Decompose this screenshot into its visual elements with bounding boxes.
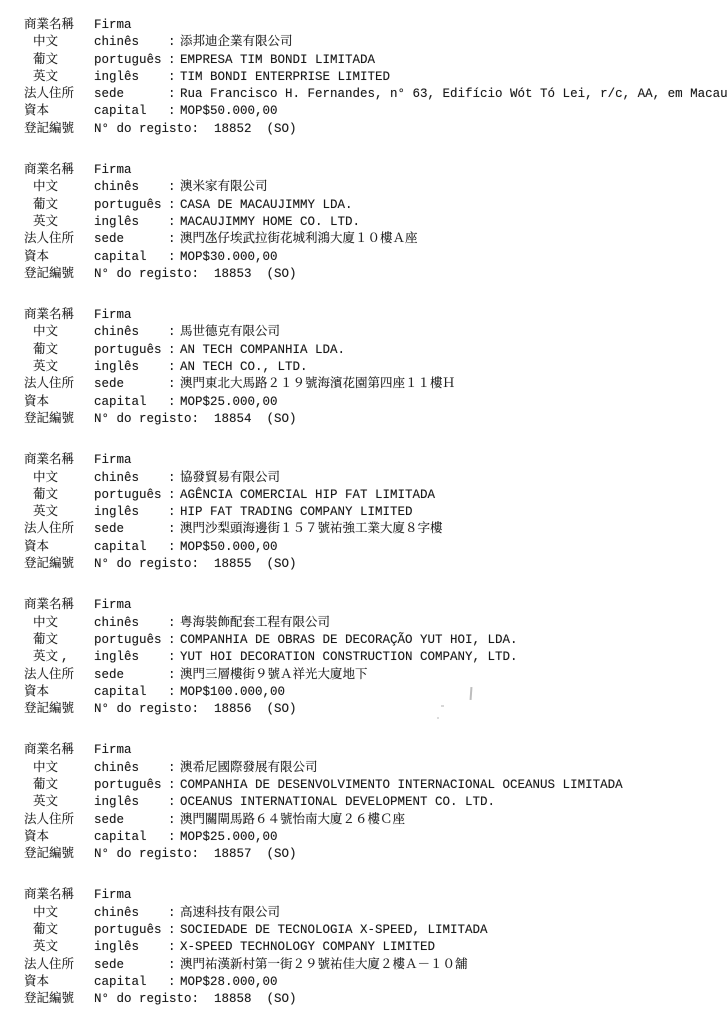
colon: : (168, 504, 180, 521)
colon: : (168, 760, 180, 777)
registry-label-zh: 登記編號 (24, 701, 94, 718)
capital-row: 資本 capital : MOP$28.000,00 (24, 974, 717, 991)
company-record: 商業名稱 Firma 中文 chinês : 馬世德克有限公司 葡文 portu… (24, 307, 717, 428)
portuguese-name-value: CASA DE MACAUJIMMY LDA. (180, 197, 353, 214)
registration-number: 18858 (214, 991, 252, 1008)
chinese-name-value: 高速科技有限公司 (180, 905, 280, 922)
colon: : (168, 359, 180, 376)
chinese-name-row: 中文 chinês : 協發貿易有限公司 (24, 470, 717, 487)
chinese-label-pt: chinês (94, 760, 168, 777)
portuguese-name-row: 葡文 português : SOCIEDADE DE TECNOLOGIA X… (24, 922, 717, 939)
company-record: 商業名稱 Firma 中文 chinês : 高速科技有限公司 葡文 portu… (24, 887, 717, 1008)
registry-label-zh: 登記編號 (24, 121, 94, 138)
address-row: 法人住所 sede : 澳門東北大馬路２１９號海濱花園第四座１１樓Ｈ (24, 376, 717, 393)
capital-label-pt: capital (94, 103, 168, 120)
address-label-zh: 法人住所 (24, 812, 94, 829)
firm-label-zh: 商業名稱 (24, 307, 94, 324)
chinese-label-zh: 中文 (24, 179, 94, 196)
capital-label-zh: 資本 (24, 103, 94, 120)
address-value: 澳門祐漢新村第一街２９號祐佳大廈２樓Ａ－１０舖 (180, 957, 468, 974)
registry-row: 登記編號 N° do registo: 18853 (SO) (24, 266, 717, 283)
registry-row: 登記編號 N° do registo: 18856 (SO) (24, 701, 717, 718)
english-name-row: 英文 inglês : HIP FAT TRADING COMPANY LIMI… (24, 504, 717, 521)
capital-label-pt: capital (94, 249, 168, 266)
chinese-name-value: 澳米家有限公司 (180, 179, 268, 196)
english-name-row: 英文 inglês : OCEANUS INTERNATIONAL DEVELO… (24, 794, 717, 811)
scan-artifact (441, 705, 444, 707)
firm-label-zh: 商業名稱 (24, 162, 94, 179)
english-label-zh: 英文 (24, 69, 94, 86)
colon: : (168, 649, 180, 666)
colon: : (168, 974, 180, 991)
capital-value: MOP$50.000,00 (180, 539, 278, 556)
chinese-label-zh: 中文 (24, 615, 94, 632)
firm-label-pt: Firma (94, 887, 168, 904)
chinese-name-value: 馬世德克有限公司 (180, 324, 280, 341)
address-row: 法人住所 sede : 澳門關閘馬路６４號怡南大廈２６樓Ｃ座 (24, 812, 717, 829)
capital-label-pt: capital (94, 394, 168, 411)
chinese-label-zh: 中文 (24, 905, 94, 922)
colon: : (168, 376, 180, 393)
firm-label-pt: Firma (94, 742, 168, 759)
registration-class: (SO) (267, 121, 297, 138)
portuguese-name-row: 葡文 português : COMPANHIA DE OBRAS DE DEC… (24, 632, 717, 649)
english-label-pt: inglês (94, 69, 168, 86)
colon: : (168, 197, 180, 214)
company-record: 商業名稱 Firma 中文 chinês : 澳希尼國際發展有限公司 葡文 po… (24, 742, 717, 863)
portuguese-label-pt: português (94, 487, 168, 504)
portuguese-label-zh: 葡文 (24, 342, 94, 359)
colon: : (168, 324, 180, 341)
registry-label-pt: N° do registo: (94, 701, 199, 718)
registry-label-zh: 登記編號 (24, 411, 94, 428)
chinese-label-pt: chinês (94, 324, 168, 341)
registration-number: 18853 (214, 266, 252, 283)
chinese-label-pt: chinês (94, 470, 168, 487)
address-label-pt: sede (94, 376, 168, 393)
registration-class: (SO) (267, 556, 297, 573)
english-name-row: 英文 inglês : TIM BONDI ENTERPRISE LIMITED (24, 69, 717, 86)
portuguese-label-pt: português (94, 922, 168, 939)
address-row: 法人住所 sede : 澳門三層樓街９號Ａ祥光大廈地下 (24, 667, 717, 684)
colon: : (168, 470, 180, 487)
colon: : (168, 684, 180, 701)
firm-row: 商業名稱 Firma (24, 452, 717, 469)
colon: : (168, 615, 180, 632)
colon: : (168, 34, 180, 51)
firm-label-zh: 商業名稱 (24, 887, 94, 904)
company-record: 商業名稱 Firma 中文 chinês : 澳米家有限公司 葡文 portug… (24, 162, 717, 283)
chinese-label-pt: chinês (94, 34, 168, 51)
chinese-name-row: 中文 chinês : 馬世德克有限公司 (24, 324, 717, 341)
chinese-name-row: 中文 chinês : 粤海裝飾配套工程有限公司 (24, 615, 717, 632)
capital-value: MOP$50.000,00 (180, 103, 278, 120)
colon: : (168, 521, 180, 538)
colon: : (168, 487, 180, 504)
capital-row: 資本 capital : MOP$100.000,00 (24, 684, 717, 701)
english-name-row: 英文, inglês : YUT HOI DECORATION CONSTRUC… (24, 649, 717, 666)
registry-page: 商業名稱 Firma 中文 chinês : 添邦迪企業有限公司 葡文 port… (0, 0, 727, 1024)
colon: : (168, 777, 180, 794)
address-label-zh: 法人住所 (24, 667, 94, 684)
portuguese-label-pt: português (94, 777, 168, 794)
firm-label-pt: Firma (94, 597, 168, 614)
colon: : (168, 69, 180, 86)
colon: : (168, 231, 180, 248)
address-label-zh: 法人住所 (24, 86, 94, 103)
capital-row: 資本 capital : MOP$25.000,00 (24, 394, 717, 411)
capital-label-pt: capital (94, 974, 168, 991)
english-label-pt: inglês (94, 794, 168, 811)
address-row: 法人住所 sede : 澳門氹仔埃武拉街花城利鴻大廈１０樓Ａ座 (24, 231, 717, 248)
english-name-row: 英文 inglês : MACAUJIMMY HOME CO. LTD. (24, 214, 717, 231)
address-label-pt: sede (94, 86, 168, 103)
address-label-pt: sede (94, 812, 168, 829)
capital-row: 資本 capital : MOP$30.000,00 (24, 249, 717, 266)
registry-label-pt: N° do registo: (94, 846, 199, 863)
address-value: 澳門東北大馬路２１９號海濱花園第四座１１樓Ｈ (180, 376, 455, 393)
english-label-zh: 英文 (24, 939, 94, 956)
capital-value: MOP$25.000,00 (180, 394, 278, 411)
address-label-pt: sede (94, 667, 168, 684)
registry-label-pt: N° do registo: (94, 411, 199, 428)
address-label-zh: 法人住所 (24, 521, 94, 538)
address-label-zh: 法人住所 (24, 231, 94, 248)
firm-row: 商業名稱 Firma (24, 597, 717, 614)
colon: : (168, 632, 180, 649)
english-name-value: HIP FAT TRADING COMPANY LIMITED (180, 504, 413, 521)
scan-artifact (437, 717, 439, 719)
chinese-name-value: 協發貿易有限公司 (180, 470, 280, 487)
registration-class: (SO) (267, 991, 297, 1008)
registration-number: 18854 (214, 411, 252, 428)
chinese-name-row: 中文 chinês : 添邦迪企業有限公司 (24, 34, 717, 51)
chinese-name-value: 澳希尼國際發展有限公司 (180, 760, 318, 777)
colon: : (168, 812, 180, 829)
chinese-label-zh: 中文 (24, 34, 94, 51)
english-label-zh: 英文 (24, 504, 94, 521)
firm-label-pt: Firma (94, 17, 168, 34)
address-label-pt: sede (94, 231, 168, 248)
colon: : (168, 52, 180, 69)
address-value: Rua Francisco H. Fernandes, n° 63, Edifí… (180, 86, 727, 103)
capital-label-zh: 資本 (24, 829, 94, 846)
firm-row: 商業名稱 Firma (24, 162, 717, 179)
firm-label-pt: Firma (94, 452, 168, 469)
capital-value: MOP$100.000,00 (180, 684, 285, 701)
registry-label-zh: 登記編號 (24, 846, 94, 863)
registry-row: 登記編號 N° do registo: 18858 (SO) (24, 991, 717, 1008)
english-name-value: MACAUJIMMY HOME CO. LTD. (180, 214, 360, 231)
chinese-name-value: 添邦迪企業有限公司 (180, 34, 293, 51)
registry-label-zh: 登記編號 (24, 991, 94, 1008)
registration-number: 18856 (214, 701, 252, 718)
chinese-label-zh: 中文 (24, 470, 94, 487)
colon: : (168, 905, 180, 922)
portuguese-name-value: COMPANHIA DE OBRAS DE DECORAÇÃO YUT HOI,… (180, 632, 518, 649)
capital-label-pt: capital (94, 684, 168, 701)
portuguese-label-zh: 葡文 (24, 632, 94, 649)
colon: : (168, 829, 180, 846)
english-label-zh: 英文 (24, 214, 94, 231)
portuguese-name-value: AGÊNCIA COMERCIAL HIP FAT LIMITADA (180, 487, 435, 504)
chinese-label-pt: chinês (94, 179, 168, 196)
capital-row: 資本 capital : MOP$50.000,00 (24, 539, 717, 556)
capital-value: MOP$25.000,00 (180, 829, 278, 846)
portuguese-label-pt: português (94, 197, 168, 214)
address-label-pt: sede (94, 957, 168, 974)
capital-label-pt: capital (94, 829, 168, 846)
english-name-value: X-SPEED TECHNOLOGY COMPANY LIMITED (180, 939, 435, 956)
colon: : (168, 394, 180, 411)
company-record: 商業名稱 Firma 中文 chinês : 協發貿易有限公司 葡文 portu… (24, 452, 717, 573)
portuguese-label-zh: 葡文 (24, 197, 94, 214)
english-label-zh: 英文 (24, 359, 94, 376)
chinese-label-zh: 中文 (24, 760, 94, 777)
english-label-pt: inglês (94, 214, 168, 231)
firm-row: 商業名稱 Firma (24, 307, 717, 324)
english-label-pt: inglês (94, 939, 168, 956)
capital-row: 資本 capital : MOP$25.000,00 (24, 829, 717, 846)
registry-label-pt: N° do registo: (94, 991, 199, 1008)
english-name-row: 英文 inglês : AN TECH CO., LTD. (24, 359, 717, 376)
address-label-zh: 法人住所 (24, 376, 94, 393)
capital-label-zh: 資本 (24, 684, 94, 701)
colon: : (168, 922, 180, 939)
portuguese-name-value: EMPRESA TIM BONDI LIMITADA (180, 52, 375, 69)
address-value: 澳門沙梨頭海邊街１５７號祐強工業大廈８字樓 (180, 521, 443, 538)
capital-label-zh: 資本 (24, 974, 94, 991)
address-label-zh: 法人住所 (24, 957, 94, 974)
english-name-value: TIM BONDI ENTERPRISE LIMITED (180, 69, 390, 86)
firm-label-pt: Firma (94, 307, 168, 324)
chinese-name-row: 中文 chinês : 澳米家有限公司 (24, 179, 717, 196)
firm-label-zh: 商業名稱 (24, 742, 94, 759)
firm-label-pt: Firma (94, 162, 168, 179)
colon: : (168, 103, 180, 120)
address-row: 法人住所 sede : 澳門沙梨頭海邊街１５７號祐強工業大廈８字樓 (24, 521, 717, 538)
english-label-zh-text: 英文 (33, 650, 58, 664)
firm-row: 商業名稱 Firma (24, 17, 717, 34)
firm-label-zh: 商業名稱 (24, 597, 94, 614)
address-value: 澳門氹仔埃武拉街花城利鴻大廈１０樓Ａ座 (180, 231, 418, 248)
portuguese-name-row: 葡文 português : EMPRESA TIM BONDI LIMITAD… (24, 52, 717, 69)
english-name-value: AN TECH CO., LTD. (180, 359, 308, 376)
registration-number: 18857 (214, 846, 252, 863)
capital-row: 資本 capital : MOP$50.000,00 (24, 103, 717, 120)
chinese-label-pt: chinês (94, 615, 168, 632)
registration-number: 18852 (214, 121, 252, 138)
capital-label-zh: 資本 (24, 539, 94, 556)
english-label-pt: inglês (94, 504, 168, 521)
registry-label-pt: N° do registo: (94, 266, 199, 283)
english-name-row: 英文 inglês : X-SPEED TECHNOLOGY COMPANY L… (24, 939, 717, 956)
scan-artifact: , (61, 650, 69, 664)
colon: : (168, 179, 180, 196)
registry-label-zh: 登記編號 (24, 266, 94, 283)
firm-row: 商業名稱 Firma (24, 742, 717, 759)
portuguese-name-row: 葡文 português : COMPANHIA DE DESENVOLVIME… (24, 777, 717, 794)
portuguese-name-value: COMPANHIA DE DESENVOLVIMENTO INTERNACION… (180, 777, 623, 794)
english-name-value: YUT HOI DECORATION CONSTRUCTION COMPANY,… (180, 649, 518, 666)
colon: : (168, 86, 180, 103)
registry-label-pt: N° do registo: (94, 556, 199, 573)
registry-label-pt: N° do registo: (94, 121, 199, 138)
firm-row: 商業名稱 Firma (24, 887, 717, 904)
registry-row: 登記編號 N° do registo: 18854 (SO) (24, 411, 717, 428)
address-row: 法人住所 sede : 澳門祐漢新村第一街２９號祐佳大廈２樓Ａ－１０舖 (24, 957, 717, 974)
registration-class: (SO) (267, 846, 297, 863)
capital-value: MOP$28.000,00 (180, 974, 278, 991)
chinese-name-value: 粤海裝飾配套工程有限公司 (180, 615, 330, 632)
capital-label-zh: 資本 (24, 249, 94, 266)
capital-label-pt: capital (94, 539, 168, 556)
address-row: 法人住所 sede : Rua Francisco H. Fernandes, … (24, 86, 717, 103)
portuguese-name-row: 葡文 português : AGÊNCIA COMERCIAL HIP FAT… (24, 487, 717, 504)
chinese-label-pt: chinês (94, 905, 168, 922)
english-name-value: OCEANUS INTERNATIONAL DEVELOPMENT CO. LT… (180, 794, 495, 811)
portuguese-label-zh: 葡文 (24, 52, 94, 69)
portuguese-name-row: 葡文 português : CASA DE MACAUJIMMY LDA. (24, 197, 717, 214)
colon: : (168, 794, 180, 811)
portuguese-label-zh: 葡文 (24, 922, 94, 939)
english-label-zh: 英文 (24, 794, 94, 811)
chinese-name-row: 中文 chinês : 高速科技有限公司 (24, 905, 717, 922)
portuguese-label-zh: 葡文 (24, 487, 94, 504)
address-label-pt: sede (94, 521, 168, 538)
colon: : (168, 539, 180, 556)
registration-class: (SO) (267, 266, 297, 283)
company-record: 商業名稱 Firma 中文 chinês : 添邦迪企業有限公司 葡文 port… (24, 17, 717, 138)
english-label-zh: 英文, (24, 649, 94, 666)
colon: : (168, 214, 180, 231)
chinese-label-zh: 中文 (24, 324, 94, 341)
capital-value: MOP$30.000,00 (180, 249, 278, 266)
colon: : (168, 667, 180, 684)
registration-number: 18855 (214, 556, 252, 573)
company-record: 商業名稱 Firma 中文 chinês : 粤海裝飾配套工程有限公司 葡文 p… (24, 597, 717, 718)
colon: : (168, 342, 180, 359)
colon: : (168, 957, 180, 974)
capital-label-zh: 資本 (24, 394, 94, 411)
firm-label-zh: 商業名稱 (24, 17, 94, 34)
registry-row: 登記編號 N° do registo: 18857 (SO) (24, 846, 717, 863)
portuguese-name-value: SOCIEDADE DE TECNOLOGIA X-SPEED, LIMITAD… (180, 922, 488, 939)
registry-row: 登記編號 N° do registo: 18852 (SO) (24, 121, 717, 138)
registration-class: (SO) (267, 411, 297, 428)
portuguese-label-pt: português (94, 342, 168, 359)
colon: : (168, 939, 180, 956)
portuguese-label-pt: português (94, 632, 168, 649)
firm-label-zh: 商業名稱 (24, 452, 94, 469)
registration-class: (SO) (267, 701, 297, 718)
portuguese-label-pt: português (94, 52, 168, 69)
colon: : (168, 249, 180, 266)
english-label-pt: inglês (94, 359, 168, 376)
portuguese-label-zh: 葡文 (24, 777, 94, 794)
address-value: 澳門三層樓街９號Ａ祥光大廈地下 (180, 667, 368, 684)
portuguese-name-row: 葡文 português : AN TECH COMPANHIA LDA. (24, 342, 717, 359)
registry-row: 登記編號 N° do registo: 18855 (SO) (24, 556, 717, 573)
registry-label-zh: 登記編號 (24, 556, 94, 573)
address-value: 澳門關閘馬路６４號怡南大廈２６樓Ｃ座 (180, 812, 405, 829)
english-label-pt: inglês (94, 649, 168, 666)
chinese-name-row: 中文 chinês : 澳希尼國際發展有限公司 (24, 760, 717, 777)
portuguese-name-value: AN TECH COMPANHIA LDA. (180, 342, 345, 359)
